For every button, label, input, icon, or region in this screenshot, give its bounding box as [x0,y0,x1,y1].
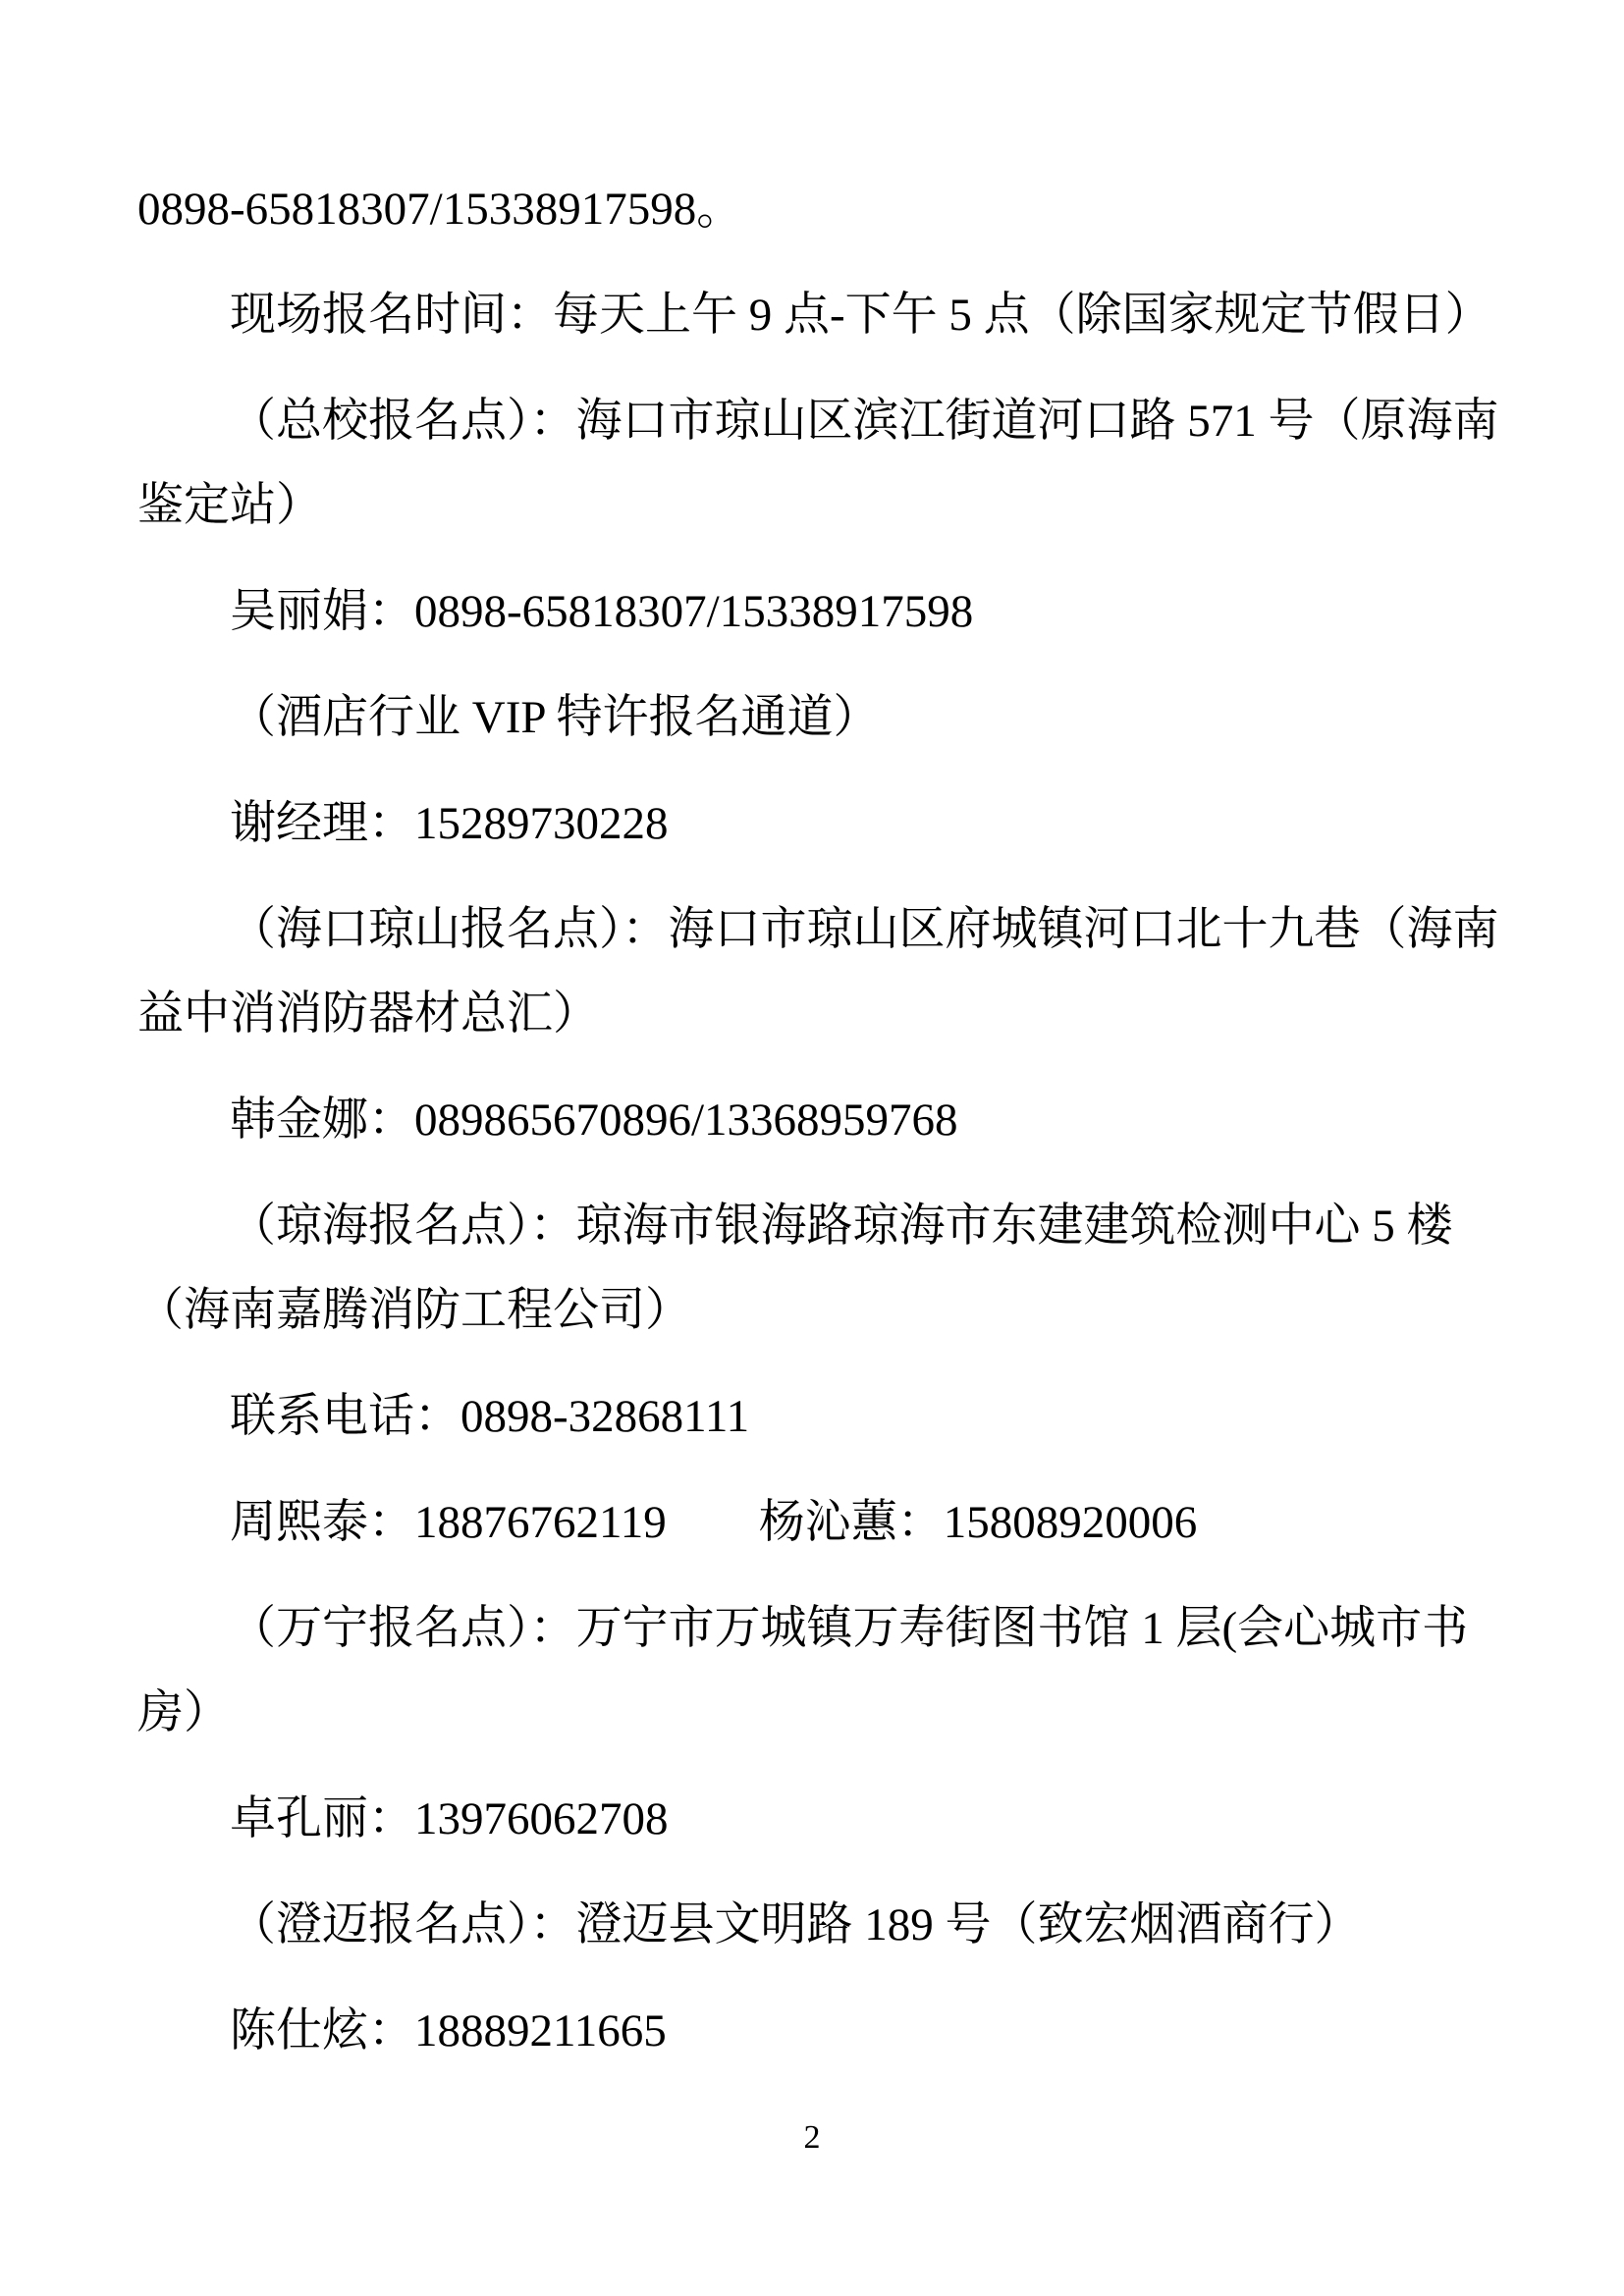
document-body: 0898-65818307/15338917598。 现场报名时间：每天上午 9… [137,167,1496,2073]
doc-line: 房） [137,1671,1496,1755]
doc-line: 联系电话：0898-32868111 [137,1374,1496,1459]
doc-line: （海南嘉腾消防工程公司） [137,1268,1496,1353]
page-number: 2 [0,2118,1624,2158]
doc-line: 韩金娜：089865670896/13368959768 [137,1078,1496,1162]
doc-line: （琼海报名点）：琼海市银海路琼海市东建建筑检测中心 5 楼 [137,1184,1496,1268]
doc-line: 益中消消防器材总汇） [137,972,1496,1056]
doc-line: （海口琼山报名点）：海口市琼山区府城镇河口北十九巷（海南 [137,887,1496,972]
document-page: 0898-65818307/15338917598。 现场报名时间：每天上午 9… [0,0,1624,2296]
doc-line: （万宁报名点）：万宁市万城镇万寿街图书馆 1 层(会心城市书 [137,1586,1496,1671]
doc-line: （酒店行业 VIP 特许报名通道） [137,675,1496,760]
doc-line: 吴丽娟：0898-65818307/15338917598 [137,569,1496,654]
doc-line: 鉴定站） [137,463,1496,548]
doc-line: （澄迈报名点）：澄迈县文明路 189 号（致宏烟酒商行） [137,1883,1496,1967]
doc-line: 现场报名时间：每天上午 9 点-下午 5 点（除国家规定节假日） [137,273,1496,357]
doc-line: 谢经理：15289730228 [137,781,1496,866]
doc-line: 周熙泰：18876762119 杨沁蕙：15808920006 [137,1480,1496,1565]
doc-line: 卓孔丽：13976062708 [137,1777,1496,1861]
doc-line: （总校报名点）：海口市琼山区滨江街道河口路 571 号（原海南 [137,379,1496,463]
doc-line: 0898-65818307/15338917598。 [137,167,1496,251]
doc-line: 陈仕炫：18889211665 [137,1989,1496,2073]
